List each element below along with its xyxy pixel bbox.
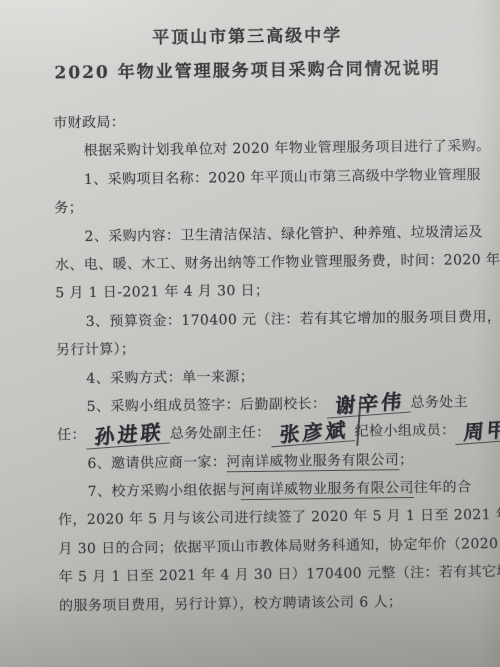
line-text: 月 30 日的合同；依据平顶山市教体局财务科通知，协定年价（2020 [58,536,498,557]
line-text: 纪检小组成员： [355,423,456,440]
supplier-name-underlined: 河南详威物业服务有限公司 [226,452,399,472]
line-text: 根据采购计划我单位对 2020 年物业管理服务项目进行了采购。 [83,138,490,159]
line-text: 总务处副主任： [170,425,271,442]
line-text: 的服务项目费用，另行计算），校方聘请该公司 6 人； [59,594,402,614]
signature-handwriting: 谢辛伟 [327,393,412,418]
line-text: 4、采购方式：单一来源； [86,368,254,386]
signature-handwriting: 周甲银 [456,420,500,445]
line-text: 1、采购项目名称：2020 年平顶山市第三高级中学物业管理服 [84,167,481,188]
line-text: 3、预算资金：170400 元（注：若有其它增加的服务项目费用， [86,309,500,330]
paper-sheet: 平顶山市第三高级中学 2020 年物业管理服务项目采购合同情况说明 市财政局：根… [0,0,500,667]
line-text: 2、采购内容：卫生清洁保洁、绿化管护、种养殖、垃圾清运及 [85,224,483,245]
line-text: 另行计算）； [56,342,136,359]
document-photo: 平顶山市第三高级中学 2020 年物业管理服务项目采购合同情况说明 市财政局：根… [0,0,500,667]
line-text: 任： [57,427,86,443]
line-text: 市财政局： [53,115,125,132]
line-text: 7、校方采购小组依据与 [88,482,241,500]
line-text: 往年的合 [414,479,472,496]
line-text: 年 5 月 1 日至 2021 年 4 月 30 日）170400 元整（注：若… [59,564,500,586]
line-text: 作，2020 年 5 月与该公司进行续签了 2020 年 5 月 1 日至 20… [58,507,500,529]
line-text: 5 月 1 日-2021 年 4 月 30 日； [55,283,269,302]
document-body: 市财政局：根据采购计划我单位对 2020 年物业管理服务项目进行了采购。1、采购… [0,107,500,624]
line-text: 务； [54,200,83,216]
signature-handwriting: 张彦斌 [271,422,356,447]
supplier-name-underlined: 河南详威物业服务有限公司 [241,480,414,500]
document-line: 的服务项目费用，另行计算），校方聘请该公司 6 人； [59,590,478,624]
line-text: 总务处主 [410,394,468,411]
signature-handwriting: 孙进联 [86,425,171,450]
document-header: 平顶山市第三高级中学 2020 年物业管理服务项目采购合同情况说明 [0,0,498,91]
line-text: 5、采购小组成员签字：后勤副校长： [87,396,327,415]
line-text: ； [399,452,414,468]
line-text: 水、电、暖、木工、财务出纳等工作物业管理服务费，时间：2020 年 [55,252,500,273]
document-title-subject: 2020 年物业管理服务项目采购合同情况说明 [0,51,498,91]
line-text: 6、邀请供应商一家： [87,454,226,472]
